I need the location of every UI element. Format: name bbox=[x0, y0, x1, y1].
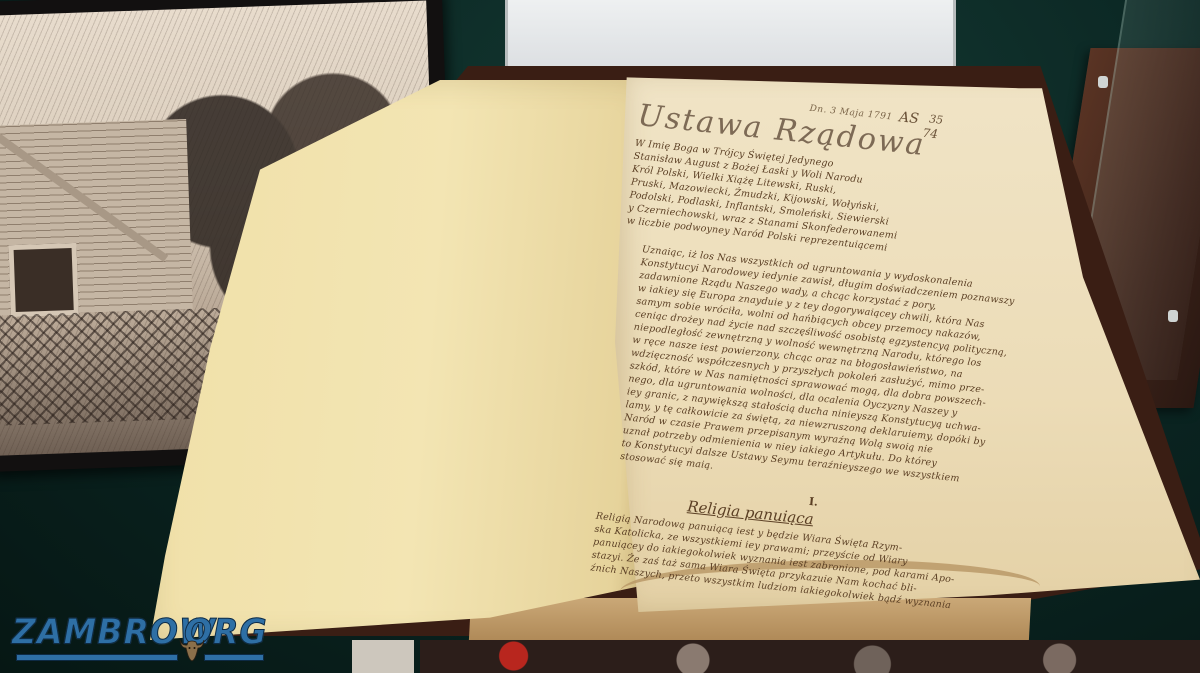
site-watermark: ZAMBROW ORG bbox=[12, 612, 262, 662]
folio-number-bottom: 74 bbox=[922, 126, 939, 142]
white-label-strip bbox=[352, 640, 414, 673]
tapestry-textile bbox=[420, 640, 1200, 673]
exhibition-photo: Dn. 3 Maja 1791 AS 35 74 Ustawa Rządowa … bbox=[0, 0, 1200, 673]
constitution-body: Uznaiąc, iż los Nas wszystkich od ugrunt… bbox=[602, 241, 1053, 506]
bison-head-icon bbox=[178, 634, 206, 662]
watermark-underline bbox=[204, 654, 264, 661]
white-placard bbox=[505, 0, 956, 68]
glass-peg bbox=[1168, 310, 1178, 322]
folio-mark: AS bbox=[898, 109, 919, 127]
glass-peg bbox=[1098, 76, 1108, 88]
manuscript-text: Dn. 3 Maja 1791 AS 35 74 Ustawa Rządowa … bbox=[590, 96, 1068, 619]
folio-number-top: 35 bbox=[929, 112, 944, 126]
drawing-window bbox=[8, 243, 78, 317]
watermark-underline bbox=[16, 654, 178, 661]
